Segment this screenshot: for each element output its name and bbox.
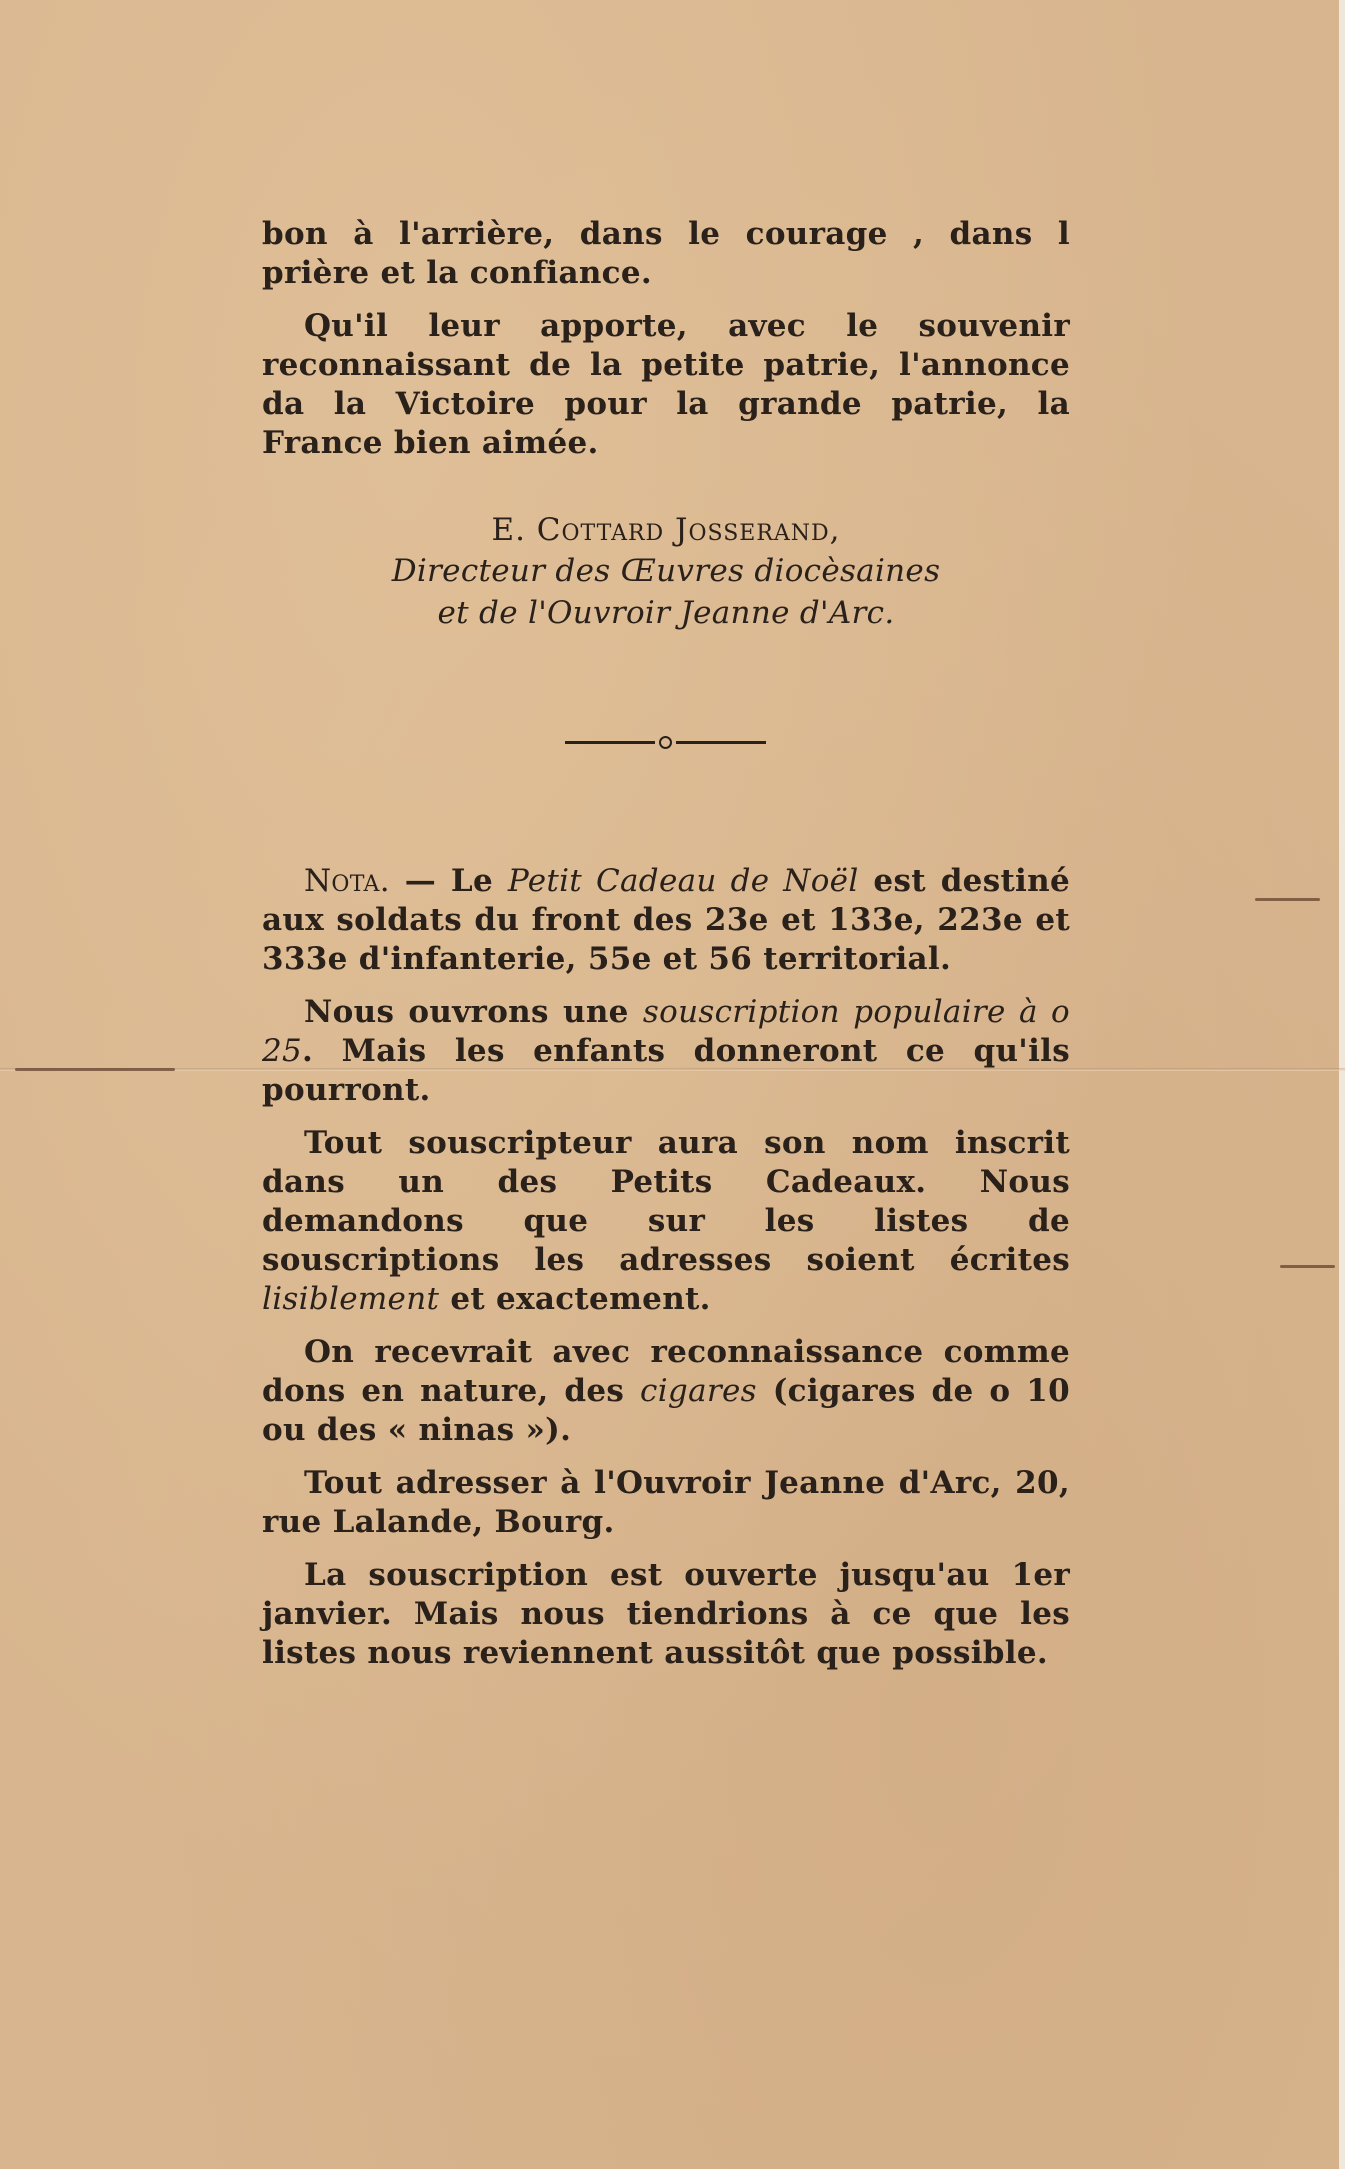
page-edge <box>1339 0 1345 2169</box>
text: et exactement. <box>439 1281 711 1317</box>
text: . Mais les enfants donneront ce qu'ils p… <box>262 1033 1070 1108</box>
intro-paragraph-2: Qu'il leur apporte, avec le souvenir rec… <box>262 307 1070 463</box>
paper-tear <box>15 1068 175 1071</box>
signature-name: E. Cottard Josserand, <box>262 511 1070 550</box>
paragraph-adresse: Tout adresser à l'Ouvroir Jeanne d'Arc, … <box>262 1464 1070 1542</box>
text: Nous ouvrons une <box>304 994 643 1030</box>
section-divider-ornament <box>560 732 770 752</box>
nota-section: Nota. — Le Petit Cadeau de Noël est dest… <box>262 862 1070 1673</box>
paper-tear <box>1280 1265 1335 1268</box>
signature-role-line-1: Directeur des Œuvres diocèsaines <box>262 550 1070 592</box>
paper-tear <box>1255 898 1320 901</box>
nota-label: Nota. <box>304 863 390 899</box>
text-italic: cigares <box>640 1373 757 1409</box>
paragraph-dons: On recevrait avec reconnaissance comme d… <box>262 1333 1070 1450</box>
intro-paragraph-1: bon à l'arrière, dans le courage , dans … <box>262 215 1070 293</box>
signature-role-line-2: et de l'Ouvroir Jeanne d'Arc. <box>262 592 1070 634</box>
nota-title: Petit Cadeau de Noël <box>508 863 859 899</box>
paragraph-souscripteur: Tout souscripteur aura son nom inscrit d… <box>262 1124 1070 1319</box>
text: La souscription est ouverte jusqu'au 1er… <box>262 1557 1070 1671</box>
text: Tout souscripteur aura son nom inscrit d… <box>262 1125 1070 1278</box>
text: Tout adresser à l'Ouvroir Jeanne d'Arc, … <box>262 1465 1070 1540</box>
signature-block: E. Cottard Josserand, Directeur des Œuvr… <box>262 511 1070 634</box>
paragraph-date-limite: La souscription est ouverte jusqu'au 1er… <box>262 1556 1070 1673</box>
nota-paragraph: Nota. — Le Petit Cadeau de Noël est dest… <box>262 862 1070 979</box>
nota-dash: — Le <box>390 863 508 899</box>
paragraph-souscription: Nous ouvrons une souscription populaire … <box>262 993 1070 1110</box>
intro-section: bon à l'arrière, dans le courage , dans … <box>262 215 1070 634</box>
text-italic: lisiblement <box>262 1281 439 1317</box>
